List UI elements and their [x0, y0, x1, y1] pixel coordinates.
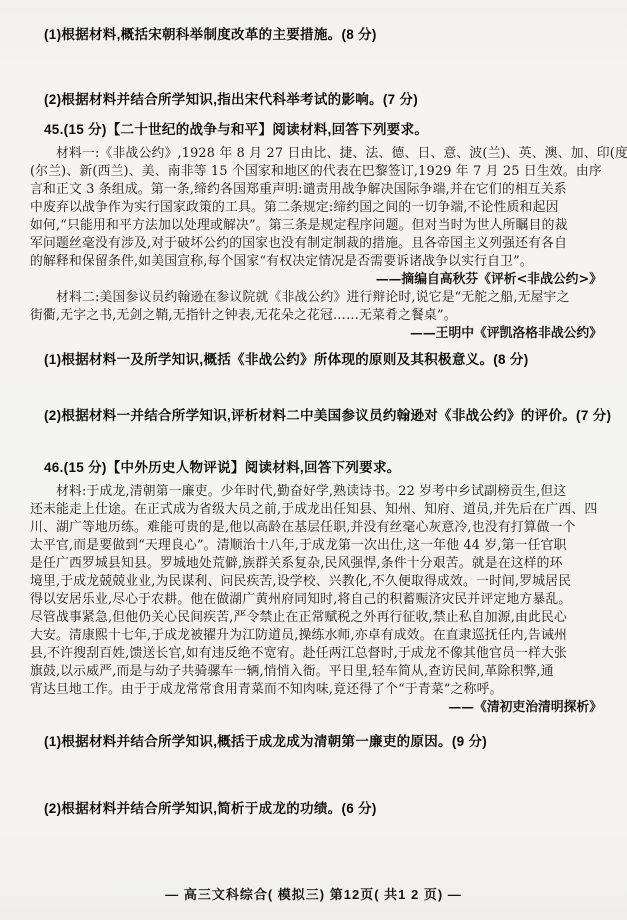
q44-subquestion-1: (1)根据材料,概括宋朝科举制度改革的主要措施。(8 分)	[30, 23, 618, 43]
q46-material-line: 宵达旦地工作。由于于成龙常常食用青菜而不知肉味,竟还得了个“于青菜”之称呼。	[30, 681, 604, 699]
q46-material-line: 太平官,而是要做到“天理良心”。清顺治十八年,于成龙第一次出仕,这一年他 44 …	[30, 537, 604, 555]
q46-material-line: 旗鼓,以示威严,而是与幼子共骑骡车一辆,悄悄入衙。平日里,轻车简从,查访民间,革…	[30, 663, 604, 681]
q46-subquestion-1: (1)根据材料并结合所学知识,概括于成龙成为清朝第一廉吏的原因。(9 分)	[30, 730, 618, 750]
q45-material1-line: 言和正文 3 条组成。第一条,缔约各国郑重声明:谴责用战争解决国际争端,并在它们…	[30, 181, 604, 199]
q46-material-line: 材料:于成龙,清朝第一廉吏。少年时代,勤奋好学,熟读诗书。22 岁考中乡试副榜贡…	[30, 483, 604, 501]
q45-material2-source: ——王明中《评凯洛格非战公约》	[30, 325, 604, 343]
q44-subquestion-2: (2)根据材料并结合所学知识,指出宋代科举考试的影响。(7 分)	[30, 88, 618, 108]
q46-material-line: 得以安居乐业,尽心于农耕。他在做湖广黄州府同知时,将自己的积蓄赈济灾民并评定地方…	[30, 591, 604, 609]
q46-material-line: 是任广西罗城县知县。罗城地处荒僻,族群关系复杂,民风强悍,条件十分艰苦。就是在这…	[30, 555, 604, 573]
q45-header: 45.(15 分)【二十世纪的战争与和平】阅读材料,回答下列要求。	[30, 121, 604, 139]
q45-subquestion-2: (2)根据材料一并结合所学知识,评析材料二中美国参议员约翰逊对《非战公约》的评价…	[30, 404, 618, 424]
q45-material1-line: 如何,“只能用和平方法加以处理或解决”。第三条是规定程序问题。但对当时为世人所瞩…	[30, 217, 604, 235]
q45-section: 45.(15 分)【二十世纪的战争与和平】阅读材料,回答下列要求。 材料一:《非…	[30, 121, 604, 343]
q46-material-line: 川、湖广等地历练。难能可贵的是,他以高龄在基层任职,并没有丝毫心灰意冷,也没有打…	[30, 519, 604, 537]
exam-page: (1)根据材料,概括宋朝科举制度改革的主要措施。(8 分) (2)根据材料并结合…	[0, 0, 627, 920]
q45-material1-line: (尔兰)、新(西兰)、美、南非等 15 个国家和地区的代表在巴黎签订,1929 …	[30, 163, 604, 181]
q45-material1-line: 材料一:《非战公约》,1928 年 8 月 27 日由比、捷、法、德、日、意、波…	[30, 145, 604, 163]
q45-material1-line: 的解释和保留条件,如美国宣称,每个国家“有权决定情况是否需要诉诸战争以实行自卫”…	[30, 253, 604, 271]
q46-subquestion-2: (2)根据材料并结合所学知识,简析于成龙的功绩。(6 分)	[30, 797, 618, 817]
q45-subquestion-1: (1)根据材料一及所学知识,概括《非战公约》所体现的原则及其积极意义。(8 分)	[30, 348, 618, 368]
q46-material-line: 还未能走上仕途。在正式成为省级大员之前,于成龙出任知县、知州、知府、道员,并先后…	[30, 501, 604, 519]
q46-section: 46.(15 分)【中外历史人物评说】阅读材料,回答下列要求。 材料:于成龙,清…	[30, 459, 604, 717]
q45-material2-line: 材料二:美国参议员约翰逊在参议院就《非战公约》进行辩论时,说它是“无舵之船,无屋…	[30, 289, 604, 307]
q46-material-line: 大安。清康熙十七年,于成龙被擢升为江防道员,操练水师,亦卓有成效。在直隶巡抚任内…	[30, 627, 604, 645]
q46-material-line: 尽管战事紧急,但他仍关心民间疾苦,严令禁止在正常赋税之外再行征收,禁止私自加源,…	[30, 609, 604, 627]
q45-material1-source: ——摘编自高秋芬《评析<非战公约>》	[30, 271, 604, 289]
q46-material-source: ——《清初吏治清明探析》	[30, 699, 604, 717]
q46-material-line: 县,不许搜刮百姓,馈送长官,如有违反绝不宽宥。赴任两江总督时,于成龙不像其他官员…	[30, 645, 604, 663]
q45-material2-line: 街衢,无字之书,无剑之鞘,无指针之钟表,无花朵之花冠……无菜肴之餐桌”。	[30, 307, 604, 325]
q45-material1-line: 中废弃以战争作为实行国家政策的工具。第二条规定:缔约国之间的一切争端,不论性质和…	[30, 199, 604, 217]
q46-material-line: 境里,于成龙兢兢业业,为民谋利、问民疾苦,设学校、兴教化,不久便取得成效。一时间…	[30, 573, 604, 591]
page-footer: — 高三文科综合( 模拟三) 第12页( 共1 2 页) —	[0, 884, 627, 903]
q46-header: 46.(15 分)【中外历史人物评说】阅读材料,回答下列要求。	[30, 459, 604, 477]
q45-material1-line: 军问题丝毫没有涉及,对于破坏公约的国家也没有制定制裁的措施。且各帝国主义列强还有…	[30, 235, 604, 253]
